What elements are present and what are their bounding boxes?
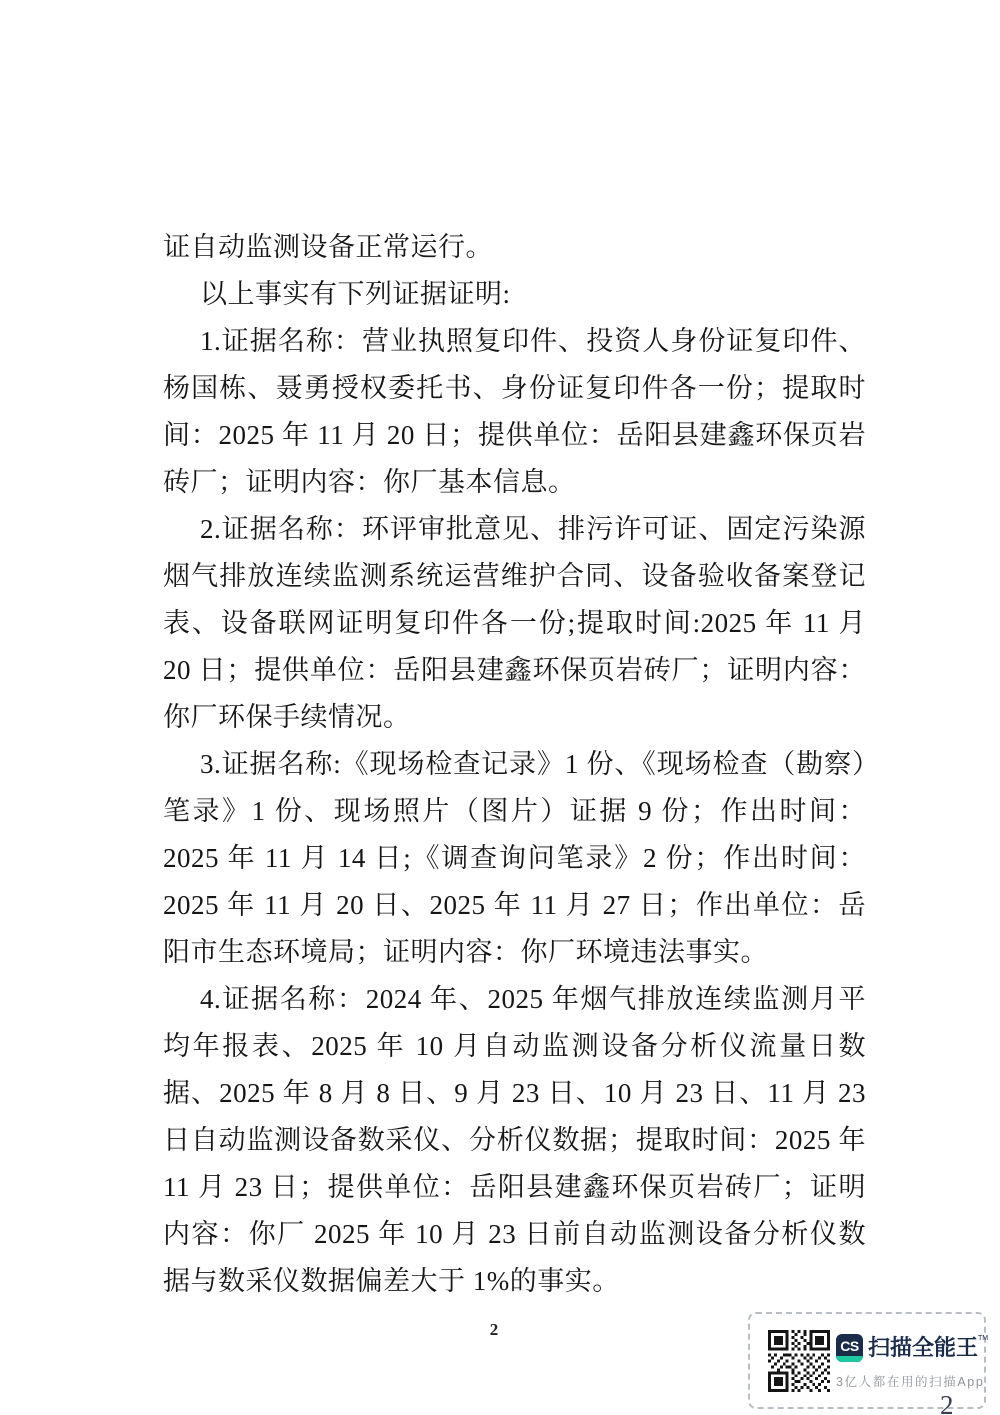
corner-page-number: 2 (940, 1392, 954, 1415)
document-body: 证自动监测设备正常运行。 以上事实有下列证据证明: 1.证据名称：营业执照复印件… (163, 224, 866, 1305)
paragraph-intro: 以上事实有下列证据证明: (163, 271, 866, 318)
camscanner-logo-icon: CS (836, 1334, 863, 1362)
watermark-tagline: 3亿人都在用的扫描App (836, 1372, 982, 1390)
watermark-text-block: CS 扫描全能王TM 3亿人都在用的扫描App (836, 1334, 982, 1390)
paragraph-evidence-1: 1.证据名称：营业执照复印件、投资人身份证复印件、杨国栋、聂勇授权委托书、身份证… (163, 318, 866, 506)
paragraph-evidence-4: 4.证据名称：2024 年、2025 年烟气排放连续监测月平均年报表、2025 … (163, 976, 866, 1305)
camscanner-watermark: CS 扫描全能王TM 3亿人都在用的扫描App 2 (748, 1312, 986, 1409)
document-page: 证自动监测设备正常运行。 以上事实有下列证据证明: 1.证据名称：营业执照复印件… (0, 0, 1000, 1415)
camscanner-logo-accent (836, 1356, 863, 1362)
trademark-mark: TM (978, 1335, 988, 1342)
paragraph-evidence-3: 3.证据名称:《现场检查记录》1 份、《现场检查（勘察）笔录》1 份、现场照片（… (163, 741, 866, 976)
paragraph-evidence-2: 2.证据名称：环评审批意见、排污许可证、固定污染源烟气排放连续监测系统运营维护合… (163, 506, 866, 741)
watermark-brand-name: 扫描全能王TM (868, 1337, 988, 1359)
qr-code-icon (768, 1330, 830, 1392)
page-number: 2 (464, 1320, 524, 1340)
camscanner-logo-letters: CS (836, 1334, 863, 1356)
paragraph-continuation: 证自动监测设备正常运行。 (163, 224, 866, 271)
